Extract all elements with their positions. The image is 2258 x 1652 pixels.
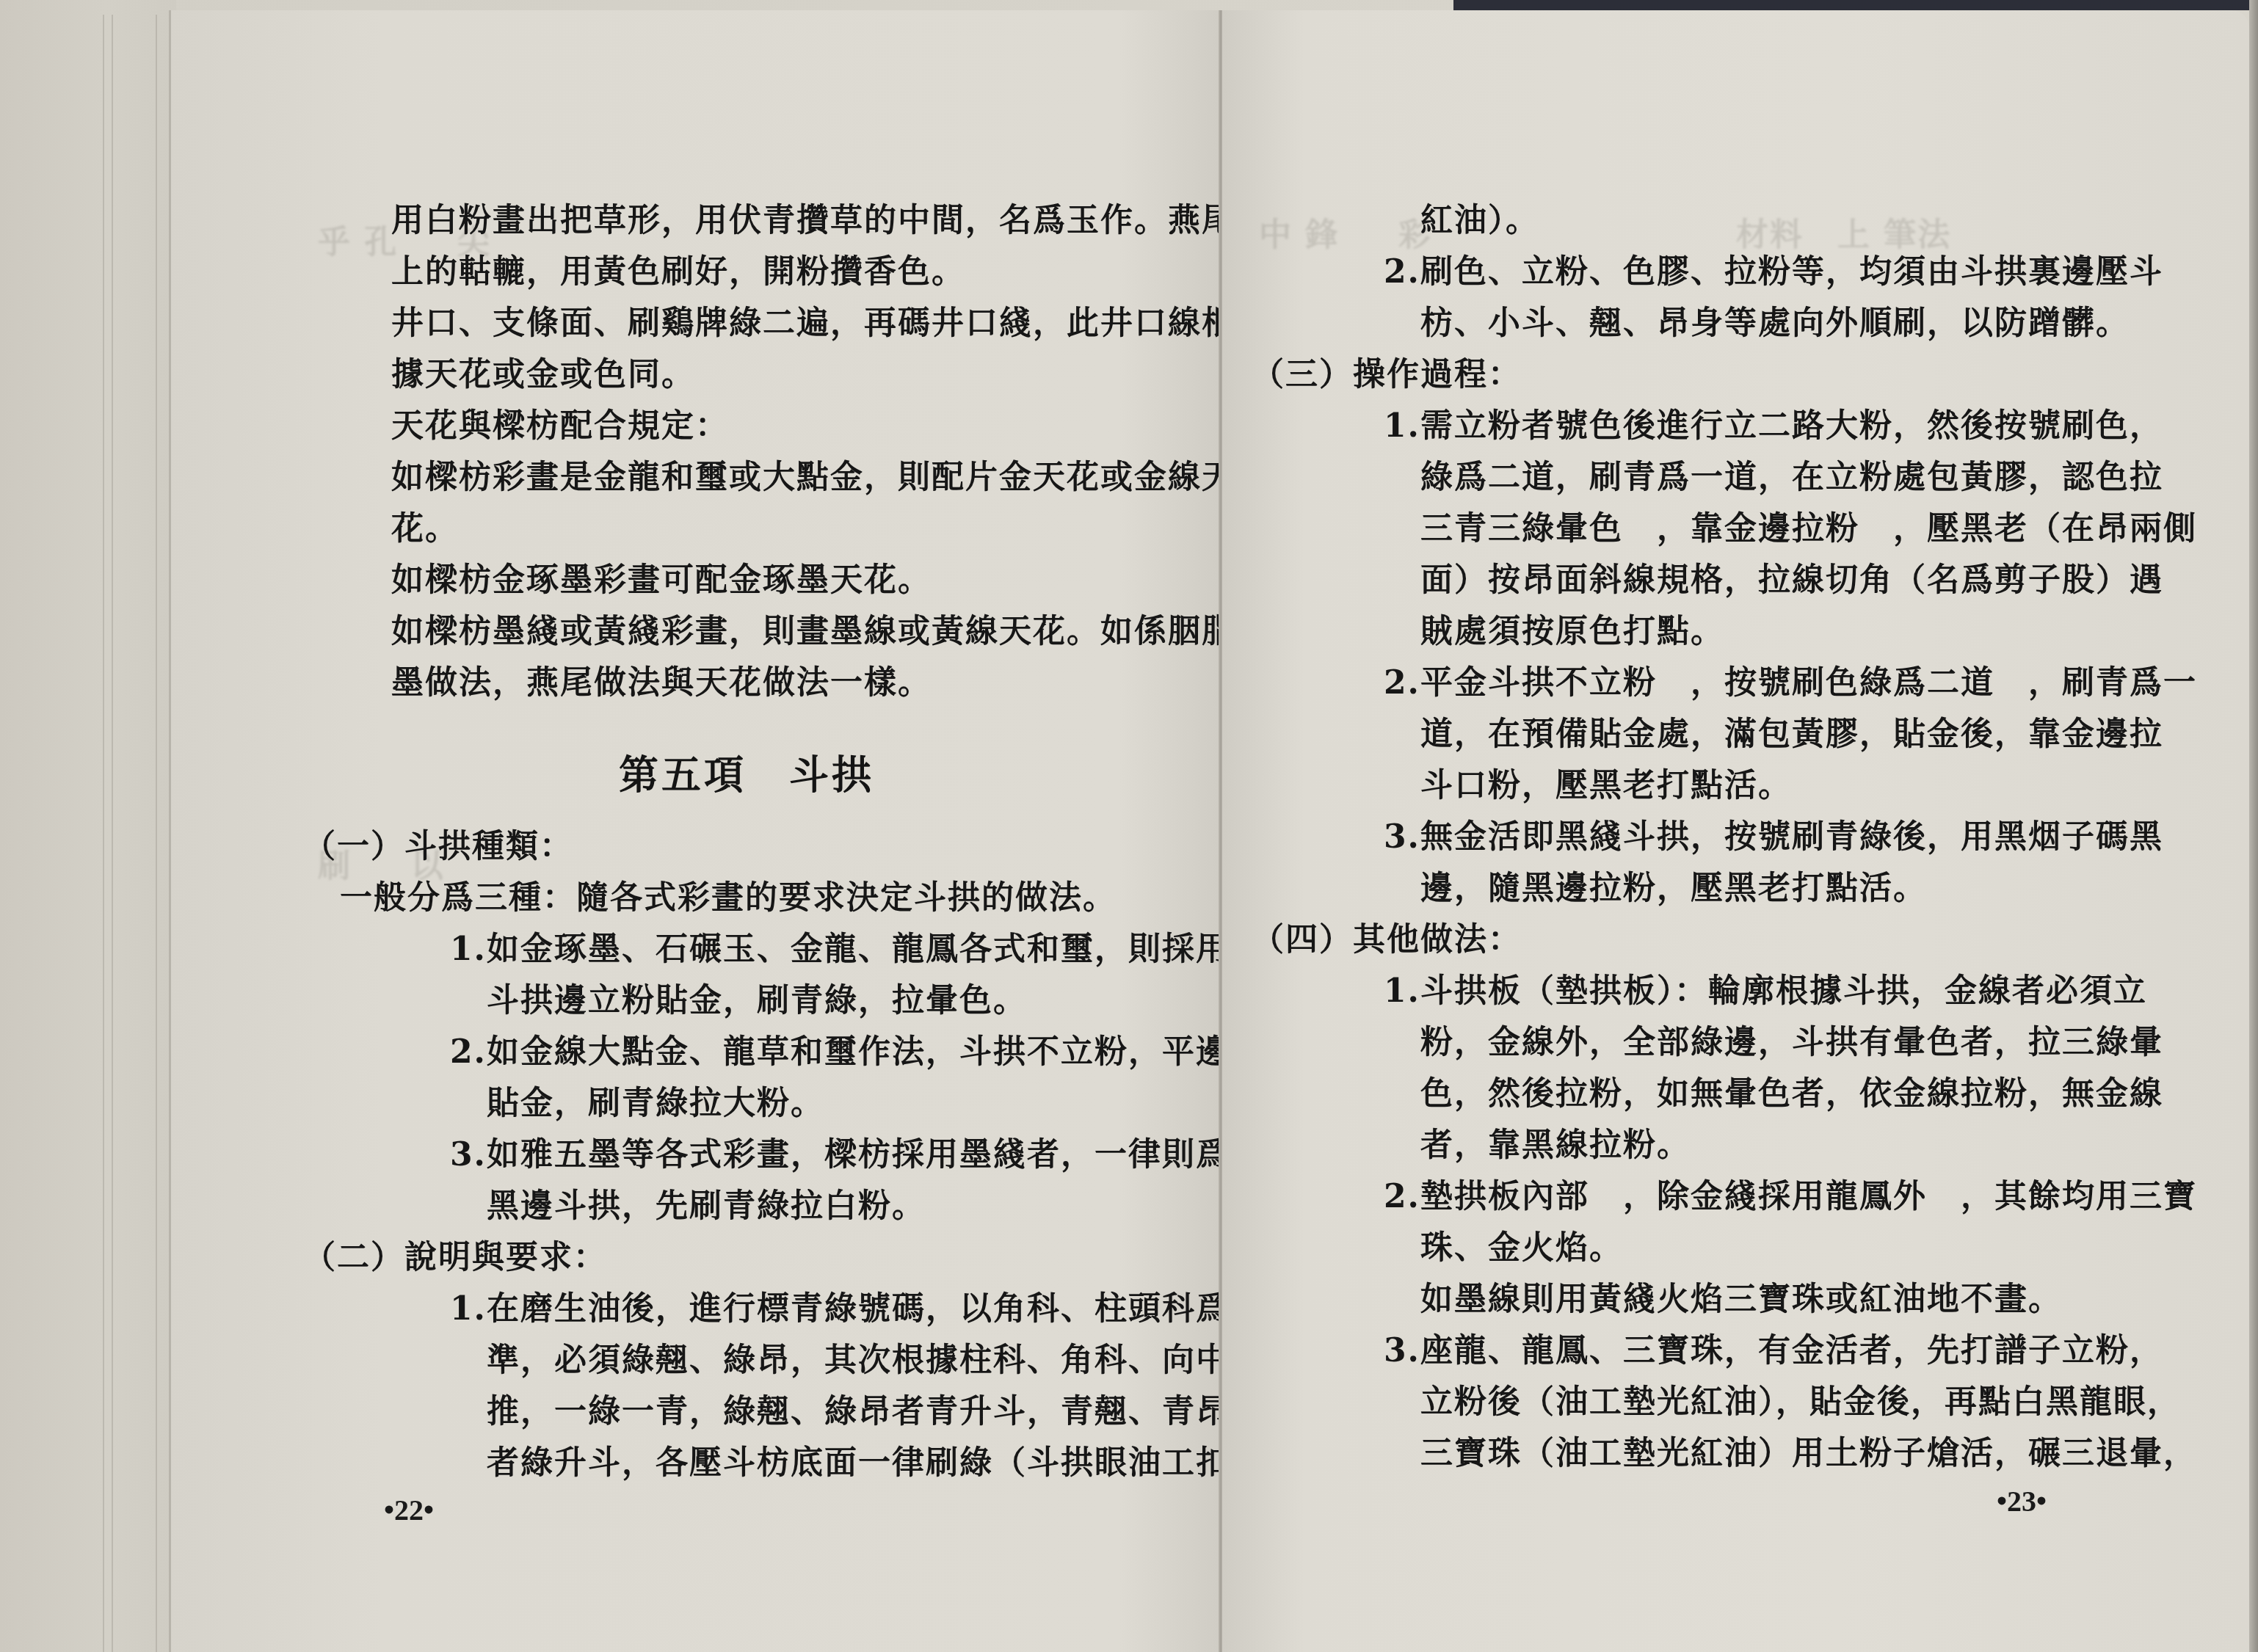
text-line: 一般分爲三種：隨各式彩畫的要求決定斗拱的做法。 bbox=[303, 873, 1230, 924]
list-item-line: 珠、金火焰。 bbox=[1252, 1223, 2197, 1274]
list-item-line: 三青三綠暈色 ，靠金邊拉粉 ，壓黑老（在昂兩側 bbox=[1252, 503, 2197, 555]
list-item-line: 2.平金斗拱不立粉 ，按號刷色綠爲二道 ，刷青爲一 bbox=[1252, 658, 2197, 709]
text-line: 天花與樑枋配合規定： bbox=[391, 401, 1235, 452]
list-item-line: 1.如金琢墨、石碾玉、金龍、龍鳳各式和璽，則採用 bbox=[303, 924, 1230, 975]
section-label: （二）說明與要求： bbox=[303, 1232, 1230, 1284]
list-item-line: 準，必須綠翹、綠昂，其次根據柱科、角科、向中 bbox=[303, 1335, 1230, 1386]
text-line: 如墨線則用黃綫火焰三寶珠或紅油地不畫。 bbox=[1252, 1274, 2197, 1325]
scanner-edge-right bbox=[2249, 0, 2258, 1652]
page-edge-line bbox=[103, 15, 104, 1652]
list-item-line: 3.如雅五墨等各式彩畫，樑枋採用墨綫者，一律則爲 bbox=[303, 1129, 1230, 1181]
list-item-line: 者，靠黑線拉粉。 bbox=[1252, 1120, 2197, 1171]
list-item-line: 斗拱邊立粉貼金，刷青綠，拉暈色。 bbox=[303, 975, 1230, 1027]
list-item-line: 者綠升斗，各壓斗枋底面一律刷綠（斗拱眼油工扣 bbox=[303, 1438, 1230, 1489]
right-page: 中 鋒 彩 材料 上 筆法 紅油）。 2.刷色、立粉、色膠、拉粉等，均須由斗拱裏… bbox=[1222, 10, 2249, 1652]
list-item-line: 1.斗拱板（墊拱板）：輪廓根據斗拱，金線者必須立 bbox=[1252, 966, 2197, 1017]
list-item-line: 立粉後（油工墊光紅油），貼金後，再點白黑龍眼， bbox=[1252, 1377, 2197, 1428]
text-line: 如樑枋墨綫或黃綫彩畫，則畫墨線或黃線天花。如係胭脂 bbox=[391, 606, 1235, 658]
section-label: （三）操作過程： bbox=[1252, 349, 2197, 401]
page-edge-line bbox=[112, 15, 113, 1652]
list-item-line: 三寶珠（油工墊光紅油）用土粉子熗活，碾三退暈， bbox=[1252, 1428, 2197, 1480]
list-item-line: 綠爲二道，刷青爲一道，在立粉處包黃膠，認色拉 bbox=[1252, 452, 2197, 503]
text-line: 如樑枋彩畫是金龍和璽或大點金，則配片金天花或金線天 bbox=[391, 452, 1235, 503]
list-item-line: 3.座龍、龍鳳、三寶珠，有金活者，先打譜子立粉， bbox=[1252, 1325, 2197, 1377]
section-label: （四）其他做法： bbox=[1252, 914, 2197, 966]
text-line: 花。 bbox=[391, 503, 1235, 555]
section-label: （一）斗拱種類： bbox=[303, 821, 1230, 873]
text-line: 紅油）。 bbox=[1252, 195, 2197, 247]
page-number: •23• bbox=[1997, 1484, 2047, 1518]
list-item-line: 貼金，刷青綠拉大粉。 bbox=[303, 1078, 1230, 1129]
text-line: 墨做法，燕尾做法與天花做法一樣。 bbox=[391, 658, 1235, 709]
page-stack-edge bbox=[0, 0, 176, 1652]
page-number: •22• bbox=[384, 1493, 434, 1527]
left-body-text: 用白粉畫出把草形，用伏青攢草的中間，名爲玉作。燕尾 上的軲轆，用黃色刷好，開粉攢… bbox=[391, 195, 1235, 709]
list-item-line: 1.需立粉者號色後進行立二路大粉，然後按號刷色， bbox=[1252, 401, 2197, 452]
scanner-edge bbox=[1453, 0, 2258, 10]
text-line: 井口、支條面、刷鷄牌綠二遍，再碼井口綫，此井口線根 bbox=[391, 298, 1235, 349]
text-line: 上的軲轆，用黃色刷好，開粉攢香色。 bbox=[391, 247, 1235, 298]
text-line: 據天花或金或色同。 bbox=[391, 349, 1235, 401]
page-edge-line bbox=[156, 15, 157, 1652]
list-item-line: 1.在磨生油後，進行標青綠號碼，以角科、柱頭科爲 bbox=[303, 1284, 1230, 1335]
list-item-line: 粉，金線外，全部綠邊，斗拱有暈色者，拉三綠暈 bbox=[1252, 1017, 2197, 1069]
list-item-line: 賊處須按原色打點。 bbox=[1252, 606, 2197, 658]
text-line: 如樑枋金琢墨彩畫可配金琢墨天花。 bbox=[391, 555, 1235, 606]
list-item-line: 枋、小斗、翹、昂身等處向外順刷，以防蹭髒。 bbox=[1252, 298, 2197, 349]
list-item-line: 斗口粉，壓黑老打點活。 bbox=[1252, 760, 2197, 812]
list-item-line: 3.無金活即黑綫斗拱，按號刷青綠後，用黑烟子碼黑 bbox=[1252, 812, 2197, 863]
list-item-line: 面）按昂面斜線規格，拉線切角（名爲剪子股）遇 bbox=[1252, 555, 2197, 606]
list-item-line: 2.如金線大點金、龍草和璽作法，斗拱不立粉，平邊 bbox=[303, 1027, 1230, 1078]
left-page: 乎 孔 尖 刷 以 用白粉畫出把草形，用伏青攢草的中間，名爲玉作。燕尾 上的軲轆… bbox=[169, 10, 1224, 1652]
section-heading: 第五項 斗拱 bbox=[619, 744, 874, 801]
list-item-line: 黑邊斗拱，先刷青綠拉白粉。 bbox=[303, 1181, 1230, 1232]
list-item-line: 2.刷色、立粉、色膠、拉粉等，均須由斗拱裏邊壓斗 bbox=[1252, 247, 2197, 298]
text-line: 用白粉畫出把草形，用伏青攢草的中間，名爲玉作。燕尾 bbox=[391, 195, 1235, 247]
right-body-text: 紅油）。 2.刷色、立粉、色膠、拉粉等，均須由斗拱裏邊壓斗 枋、小斗、翹、昂身等… bbox=[1252, 195, 2197, 1480]
list-item-line: 邊，隨黑邊拉粉，壓黑老打點活。 bbox=[1252, 863, 2197, 914]
list-item-line: 色，然後拉粉，如無暈色者，依金線拉粉，無金線 bbox=[1252, 1069, 2197, 1120]
list-item-line: 推，一綠一青，綠翹、綠昂者青升斗，青翹、青昂 bbox=[303, 1386, 1230, 1438]
list-item-line: 2.墊拱板內部 ，除金綫採用龍鳳外 ，其餘均用三寶 bbox=[1252, 1171, 2197, 1223]
left-section-one: （一）斗拱種類： 一般分爲三種：隨各式彩畫的要求決定斗拱的做法。 1.如金琢墨、… bbox=[303, 821, 1230, 1489]
list-item-line: 道，在預備貼金處，滿包黃膠，貼金後，靠金邊拉 bbox=[1252, 709, 2197, 760]
